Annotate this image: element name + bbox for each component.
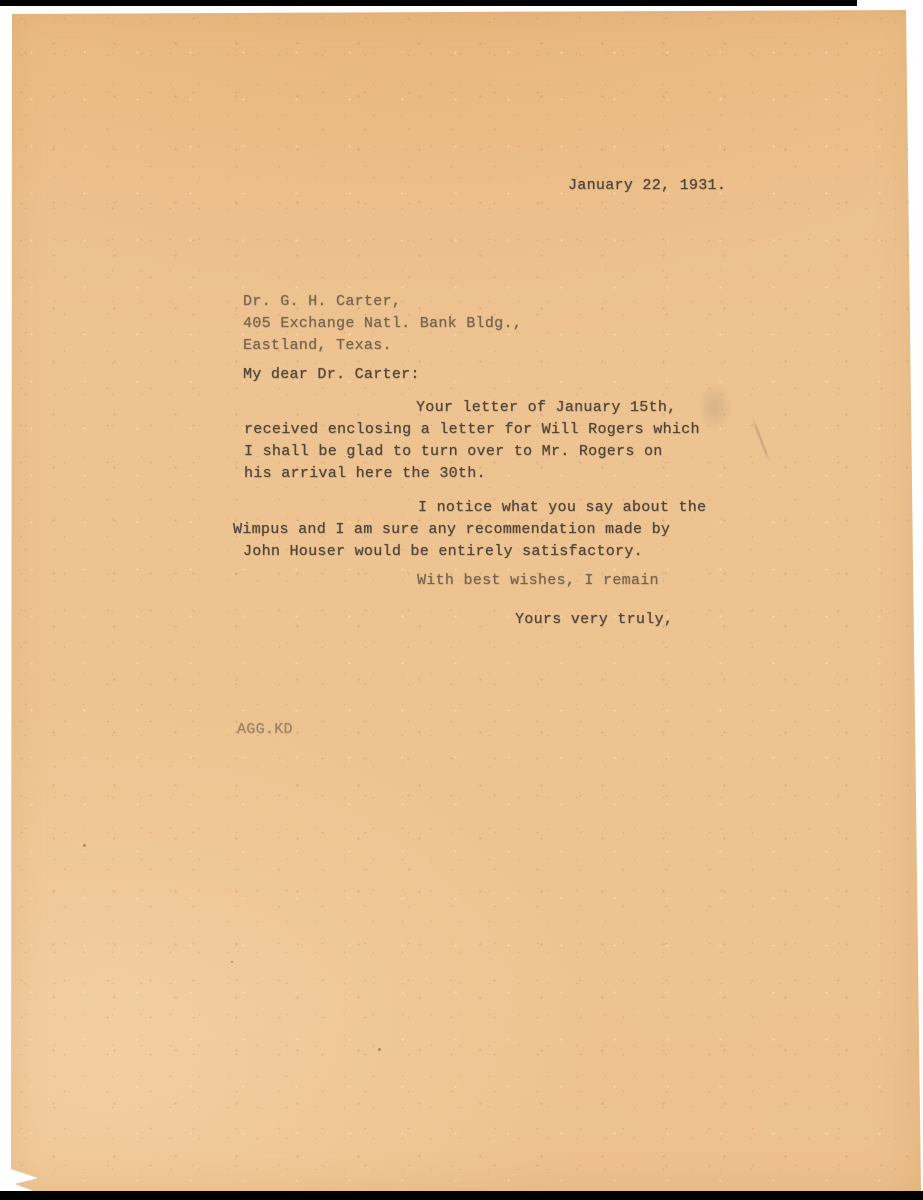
paper-smudge bbox=[698, 383, 732, 431]
reference-initials: AGG.KD bbox=[237, 721, 293, 738]
salutation-line: My dear Dr. Carter: bbox=[243, 366, 420, 383]
paper-speck bbox=[378, 1048, 381, 1051]
signoff-line: Yours very truly, bbox=[515, 611, 673, 628]
body-paragraph2-line-2: Wimpus and I am sure any recommendation … bbox=[233, 521, 670, 538]
paper-speck bbox=[83, 844, 86, 847]
letter-paper: January 22, 1931. Dr. G. H. Carter, 405 … bbox=[0, 0, 923, 1200]
body-paragraph1-line-1: Your letter of January 15th, bbox=[416, 399, 676, 416]
paper-scratch bbox=[751, 417, 770, 463]
body-paragraph1-line-4: his arrival here the 30th. bbox=[244, 465, 486, 482]
paper-speck bbox=[231, 961, 233, 963]
recipient-address-line-2: Eastland, Texas. bbox=[243, 337, 392, 354]
scanned-letter-page: January 22, 1931. Dr. G. H. Carter, 405 … bbox=[0, 0, 923, 1200]
scan-edge-bottom bbox=[0, 1191, 923, 1200]
recipient-address-line-1: 405 Exchange Natl. Bank Bldg., bbox=[243, 315, 522, 332]
body-paragraph2-line-1: I notice what you say about the bbox=[418, 499, 706, 516]
body-paragraph1-line-3: I shall be glad to turn over to Mr. Roge… bbox=[244, 443, 663, 460]
body-paragraph2-line-3: John Houser would be entirely satisfacto… bbox=[243, 543, 643, 560]
date-line: January 22, 1931. bbox=[568, 177, 726, 194]
recipient-name-line: Dr. G. H. Carter, bbox=[243, 293, 401, 310]
closing-line: With best wishes, I remain bbox=[417, 572, 659, 589]
body-paragraph1-line-2: received enclosing a letter for Will Rog… bbox=[244, 421, 700, 438]
scan-edge-top bbox=[0, 0, 857, 6]
